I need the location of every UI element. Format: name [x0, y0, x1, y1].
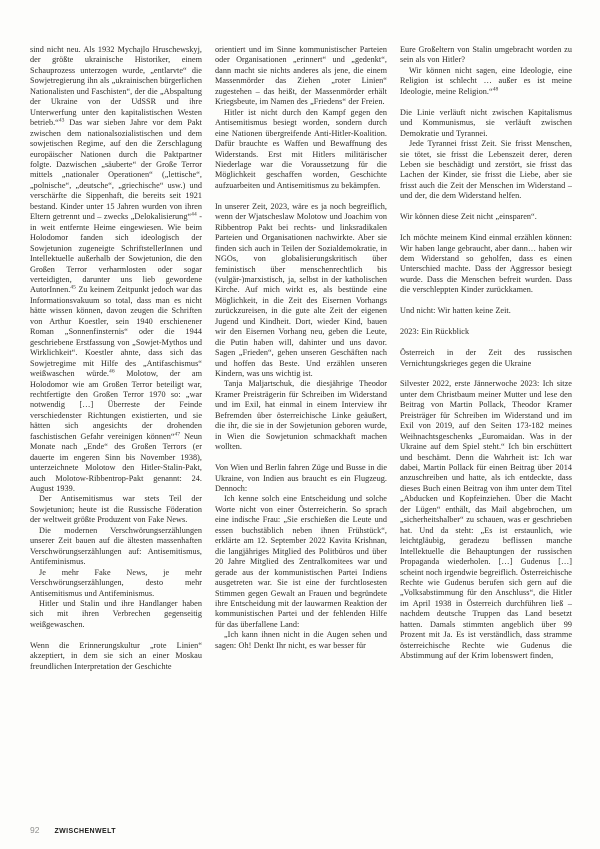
paragraph: „Ich kann ihnen nicht in die Augen sehen…: [215, 630, 387, 651]
footnote-ref: 43: [59, 117, 65, 123]
paragraph: Eure Großeltern von Stalin umgebracht wo…: [400, 45, 572, 66]
paragraph: Österreich in der Zeit des russischen Ve…: [400, 348, 572, 369]
page-footer: 92 ZWISCHENWELT: [30, 825, 116, 835]
footnote-ref: 45: [70, 285, 76, 291]
magazine-page: sind nicht neu. Als 1932 Mychajlo Hrusch…: [0, 0, 600, 849]
footnote-ref: 44: [191, 212, 197, 218]
paragraph: Tanja Maljartschuk, die diesjährige Theo…: [215, 379, 387, 452]
text-column-3: Eure Großeltern von Stalin umgebracht wo…: [400, 45, 572, 797]
paragraph: Silvester 2022, erste Jännerwoche 2023: …: [400, 379, 572, 661]
paragraph: Der Antisemitismus war stets Teil der So…: [30, 494, 202, 525]
paragraph: Wenn die Erinnerungskultur „rote Linien“…: [30, 641, 202, 672]
paragraph: Ich kenne solch eine Entscheidung und so…: [215, 494, 387, 630]
footnote-ref: 48: [493, 86, 499, 92]
paragraph: Ich möchte meinem Kind einmal erzählen k…: [400, 233, 572, 296]
footnote-ref: 47: [175, 431, 181, 437]
paragraph: orientiert und im Sinne kommunistischer …: [215, 45, 387, 108]
paragraph: In unserer Zeit, 2023, wäre es ja noch b…: [215, 202, 387, 380]
paragraph: Wir können diese Zeit nicht „einsparen“.: [400, 212, 572, 222]
paragraph: Je mehr Fake News, je mehr Verschwörungs…: [30, 568, 202, 599]
paragraph: Von Wien und Berlin fahren Züge und Buss…: [215, 463, 387, 494]
page-number: 92: [30, 825, 39, 835]
paragraph: sind nicht neu. Als 1932 Mychajlo Hrusch…: [30, 45, 202, 494]
text-column-1: sind nicht neu. Als 1932 Mychajlo Hrusch…: [30, 45, 202, 797]
paragraph: 2023: Ein Rückblick: [400, 327, 572, 337]
journal-title: ZWISCHENWELT: [54, 828, 115, 835]
paragraph: Wir können nicht sagen, eine Ideologie, …: [400, 66, 572, 97]
paragraph: Hitler und Stalin und ihre Handlanger ha…: [30, 599, 202, 630]
paragraph: Und nicht: Wir hatten keine Zeit.: [400, 306, 572, 316]
paragraph: Hitler ist nicht durch den Kampf gegen d…: [215, 108, 387, 192]
paragraph: Jede Tyrannei frisst Zeit. Sie frisst Me…: [400, 139, 572, 202]
text-column-2: orientiert und im Sinne kommunistischer …: [215, 45, 387, 797]
footnote-ref: 46: [109, 368, 115, 374]
text-columns: sind nicht neu. Als 1932 Mychajlo Hrusch…: [30, 45, 572, 797]
paragraph: Die modernen Verschwörungserzählungen un…: [30, 526, 202, 568]
paragraph: Die Linie verläuft nicht zwischen Kapita…: [400, 108, 572, 139]
